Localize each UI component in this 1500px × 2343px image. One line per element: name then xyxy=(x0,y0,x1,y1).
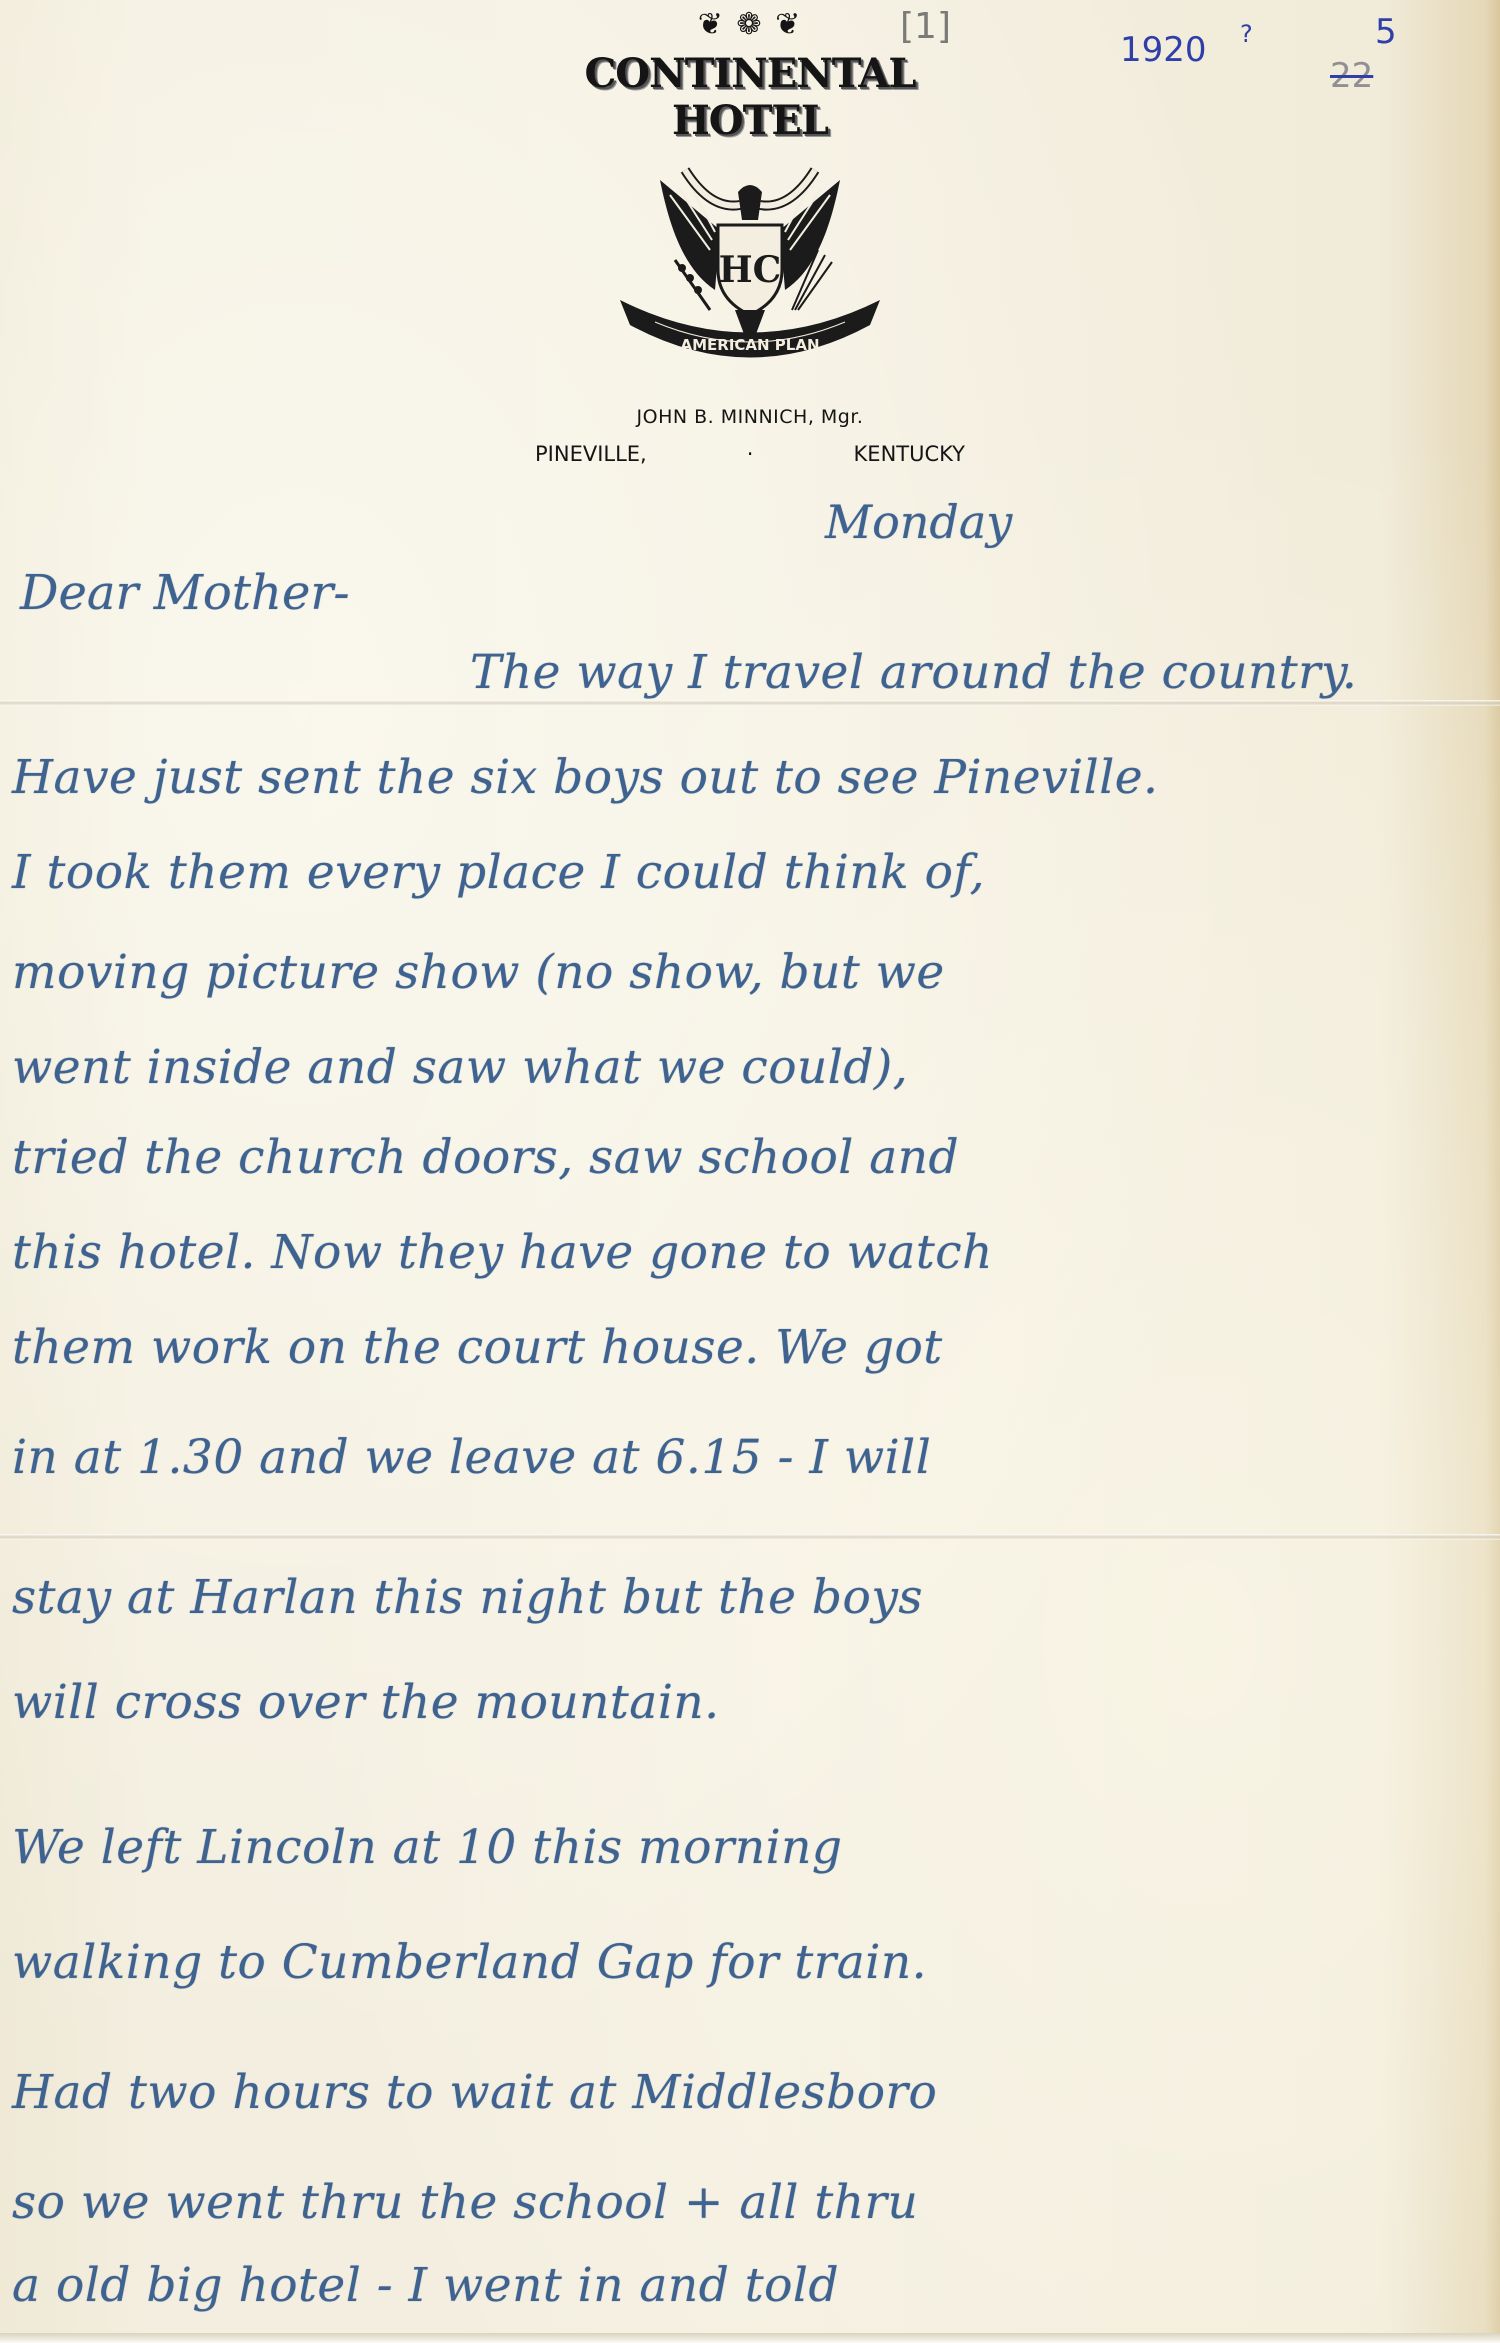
letter-line: Had two hours to wait at Middlesboro xyxy=(12,2065,937,2120)
letter-line: walking to Cumberland Gap for train. xyxy=(12,1935,927,1990)
hotel-name: CONTINENTAL HOTEL xyxy=(520,50,980,144)
eagle-crest-icon: HC AMERICAN PLAN xyxy=(600,150,900,370)
page-number-struck: 22 xyxy=(1330,56,1373,96)
flourish-ornament-icon: ❦ ❁ ❦ xyxy=(520,10,980,40)
letter-line: tried the church doors, saw school and xyxy=(12,1130,959,1185)
hotel-location: PINEVILLE, · KENTUCKY xyxy=(535,442,965,466)
year-annotation: 1920 xyxy=(1120,30,1207,70)
letter-line: them work on the court house. We got xyxy=(12,1320,943,1375)
location-separator: · xyxy=(747,442,754,466)
letter-line: stay at Harlan this night but the boys xyxy=(12,1570,923,1625)
letter-line: I took them every place I could think of… xyxy=(12,845,985,900)
letter-line: will cross over the mountain. xyxy=(12,1675,720,1730)
letterhead: ❦ ❁ ❦ CONTINENTAL HOTEL HC xyxy=(520,10,980,466)
paper-fold-line xyxy=(0,700,1500,706)
letter-line: this hotel. Now they have gone to watch xyxy=(12,1225,993,1280)
letter-line: so we went thru the school + all thru xyxy=(12,2175,918,2230)
hotel-city: PINEVILLE, xyxy=(535,442,647,466)
letter-line: went inside and saw what we could), xyxy=(12,1040,908,1095)
crest-banner-text: AMERICAN PLAN xyxy=(680,336,819,354)
paper-fold-line xyxy=(0,1534,1500,1540)
letter-line: in at 1.30 and we leave at 6.15 - I will xyxy=(12,1430,931,1485)
letter-line: a old big hotel - I went in and told xyxy=(12,2258,839,2313)
letter-page: [1] 1920 ? 5 22 ❦ ❁ ❦ CONTINENTAL HOTEL … xyxy=(0,0,1500,2343)
hotel-state: KENTUCKY xyxy=(854,442,965,466)
paper-bottom-edge xyxy=(0,2333,1500,2343)
letter-salutation: Dear Mother- xyxy=(20,565,350,621)
letter-line: We left Lincoln at 10 this morning xyxy=(12,1820,843,1875)
letter-line: moving picture show (no show, but we xyxy=(12,945,945,1000)
page-number: 5 xyxy=(1375,12,1397,52)
year-query-mark: ? xyxy=(1240,20,1253,48)
letter-dateline: Monday xyxy=(825,495,1012,549)
crest-monogram: HC xyxy=(719,249,782,291)
manager-name: JOHN B. MINNICH, Mgr. xyxy=(520,406,980,428)
letter-line: Have just sent the six boys out to see P… xyxy=(12,750,1159,805)
letter-line: The way I travel around the country. xyxy=(470,645,1357,700)
